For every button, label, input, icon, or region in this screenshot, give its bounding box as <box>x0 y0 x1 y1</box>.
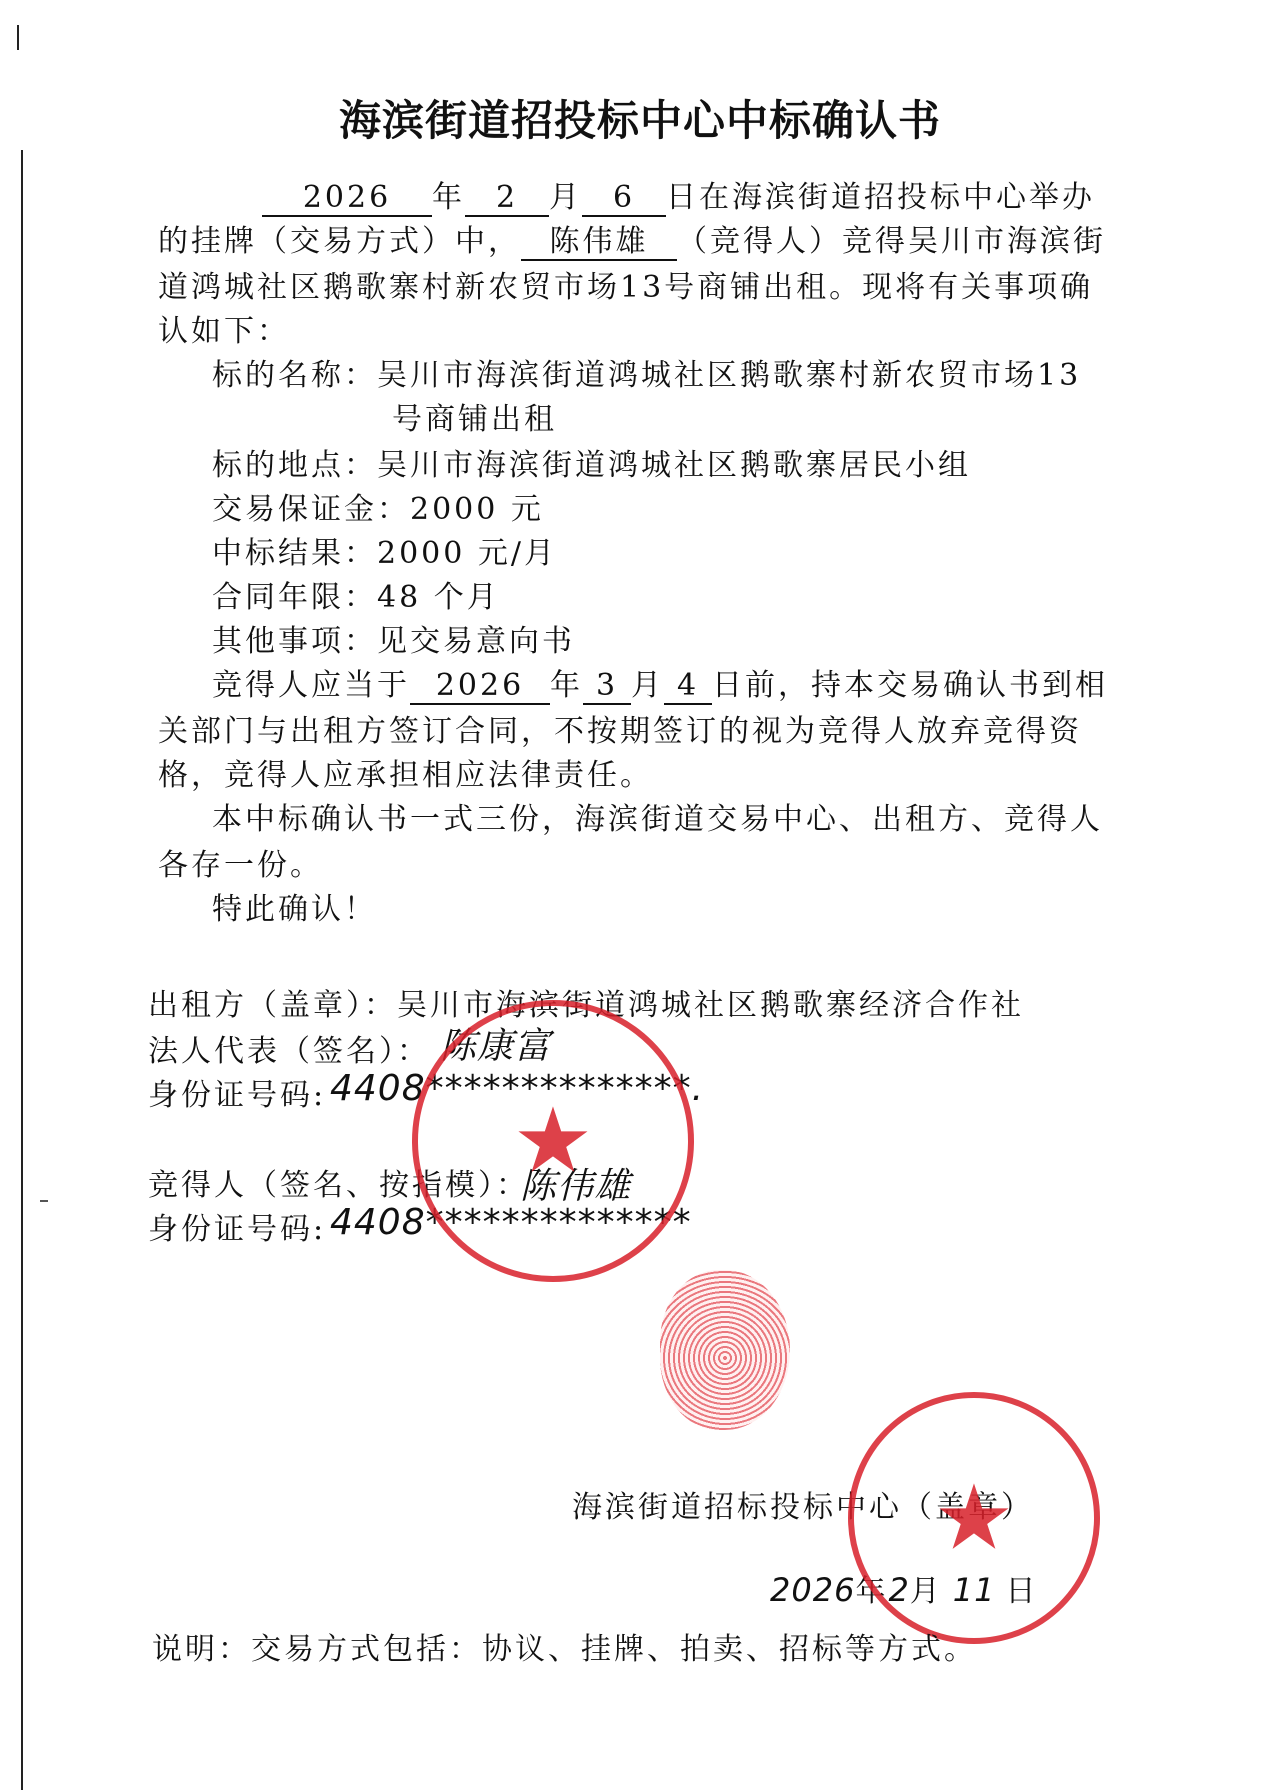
deadline-line-3: 格，竞得人应承担相应法律责任。 <box>158 756 653 796</box>
field-result: 中标结果：2000 元/月 <box>212 534 557 574</box>
intro-year: 2026 <box>262 181 432 217</box>
lessor-id-label: 身份证号码: <box>148 1076 326 1116</box>
intro-month: 2 <box>465 181 549 217</box>
lessor-rep-label: 法人代表（签名）： <box>148 1032 430 1072</box>
intro-line-1: 2026年2月6日在海滨街道招投标中心举办 <box>262 178 1095 218</box>
field-deposit: 交易保证金：2000 元 <box>212 490 544 530</box>
lessor-id-value: 4408**************. <box>330 1068 704 1109</box>
bidder-id-value: 4408************** <box>330 1202 692 1243</box>
bidder-line: 竞得人（签名、按指模）： <box>148 1166 529 1206</box>
lessor-line: 出租方（盖章）：吴川市海滨街道鸿城社区鹅歌寨经济合作社 <box>148 986 1024 1026</box>
deadline-line-2: 关部门与出租方签订合同，不按期签订的视为竞得人放弃竞得资 <box>158 712 1082 752</box>
bidder-id-label: 身份证号码: <box>148 1210 326 1250</box>
intro-line-4: 认如下： <box>158 312 290 352</box>
document-title: 海滨街道招投标中心中标确认书 <box>0 88 1280 148</box>
field-subject-name-cont: 号商铺出租 <box>392 400 557 440</box>
lessor-rep-signature: 陈康富 <box>440 1018 551 1069</box>
deadline-year: 2026 <box>410 669 550 705</box>
scan-speck <box>40 1200 48 1202</box>
scan-edge-mark <box>17 25 19 50</box>
confirm-text: 特此确认！ <box>212 890 377 930</box>
note-text: 说明：交易方式包括：协议、挂牌、拍卖、招标等方式。 <box>152 1630 977 1670</box>
intro-day: 6 <box>582 181 666 217</box>
fingerprint-mark <box>660 1270 790 1430</box>
intro-line-3: 道鸿城社区鹅歌寨村新农贸市场13号商铺出租。现将有关事项确 <box>158 268 1093 308</box>
issuer-date: 2026年2月11日 <box>770 1570 1039 1612</box>
issuer-label: 海滨街道招标投标中心（盖章） <box>572 1488 1034 1528</box>
field-term: 合同年限：48 个月 <box>212 578 500 618</box>
field-subject-name: 标的名称：吴川市海滨街道鸿城社区鹅歌寨村新农贸市场13 <box>212 356 1081 396</box>
deadline-month: 3 <box>583 669 631 705</box>
copies-line-2: 各存一份。 <box>158 846 323 886</box>
intro-line-2: 的挂牌（交易方式）中，陈伟雄（竞得人）竞得吴川市海滨街 <box>158 222 1106 262</box>
deadline-line-1: 竞得人应当于2026年3月4日前，持本交易确认书到相 <box>212 666 1108 706</box>
deadline-day: 4 <box>664 669 712 705</box>
field-other: 其他事项：见交易意向书 <box>212 622 575 662</box>
field-subject-location: 标的地点：吴川市海滨街道鸿城社区鹅歌寨居民小组 <box>212 446 971 486</box>
winner-name: 陈伟雄 <box>521 225 677 261</box>
copies-line-1: 本中标确认书一式三份，海滨街道交易中心、出租方、竞得人 <box>212 800 1103 840</box>
scan-edge-line <box>21 150 23 1790</box>
